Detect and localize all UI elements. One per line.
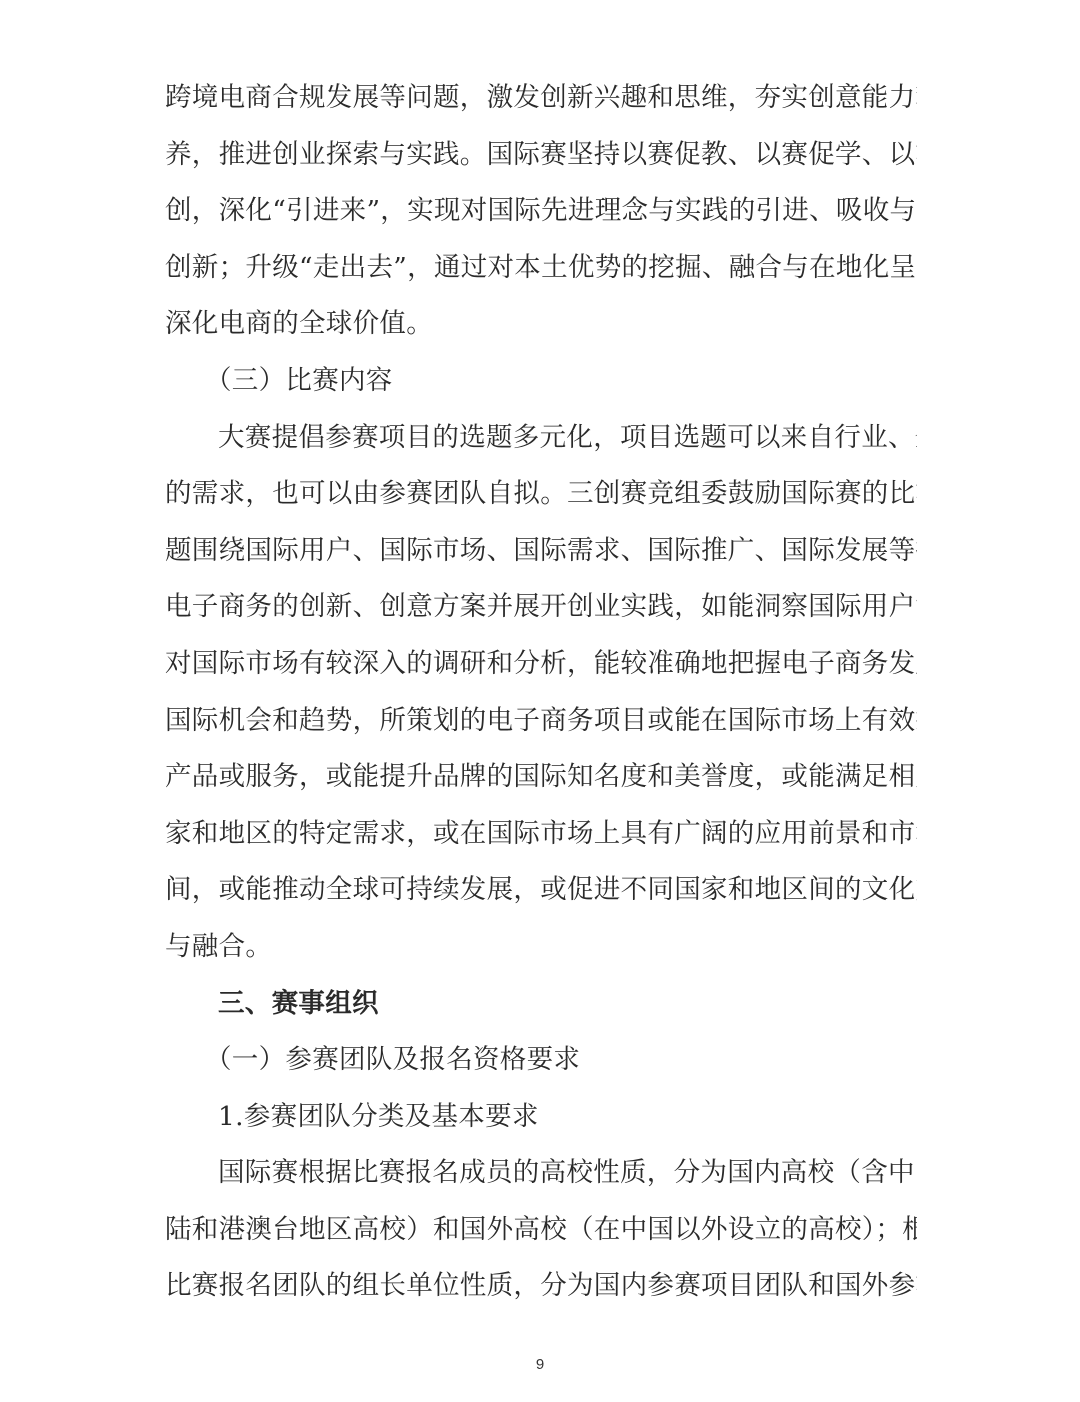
paragraph-line: 深化电商的全球价值。 bbox=[165, 296, 917, 353]
paragraph-line: 间，或能推动全球可持续发展，或促进不同国家和地区间的文化交流 bbox=[165, 862, 917, 919]
paragraph-line: 陆和港澳台地区高校）和国外高校（在中国以外设立的高校）；根据 bbox=[165, 1202, 917, 1259]
page-number: 9 bbox=[0, 1356, 1080, 1373]
document-page: 跨境电商合规发展等问题，激发创新兴趣和思维，夯实创意能力和素 养，推进创业探索与… bbox=[165, 70, 917, 1315]
paragraph-line: 跨境电商合规发展等问题，激发创新兴趣和思维，夯实创意能力和素 bbox=[165, 70, 917, 127]
paragraph-line: 大赛提倡参赛项目的选题多元化，项目选题可以来自行业、企业 bbox=[165, 410, 917, 467]
paragraph-line: 电子商务的创新、创意方案并展开创业实践，如能洞察国际用户需求， bbox=[165, 579, 917, 636]
paragraph-line: 比赛报名团队的组长单位性质，分为国内参赛项目团队和国外参赛项 bbox=[165, 1258, 917, 1315]
paragraph-line: 国际机会和趋势，所策划的电子商务项目或能在国际市场上有效推广 bbox=[165, 693, 917, 750]
paragraph-line: 创新；升级“走出去”，通过对本土优势的挖掘、融合与在地化呈现， bbox=[165, 240, 917, 297]
paragraph-line: 家和地区的特定需求，或在国际市场上具有广阔的应用前景和市场空 bbox=[165, 806, 917, 863]
subheading-competition-content: （三）比赛内容 bbox=[165, 353, 917, 410]
section-heading-event-organization: 三、赛事组织 bbox=[165, 976, 917, 1033]
paragraph-line: 与融合。 bbox=[165, 919, 917, 976]
paragraph-line: 产品或服务，或能提升品牌的国际知名度和美誉度，或能满足相应国 bbox=[165, 749, 917, 806]
paragraph-line: 养，推进创业探索与实践。国际赛坚持以赛促教、以赛促学、以赛促 bbox=[165, 127, 917, 184]
paragraph-line: 题围绕国际用户、国际市场、国际需求、国际推广、国际发展等提出 bbox=[165, 523, 917, 580]
paragraph-line: 创，深化“引进来”，实现对国际先进理念与实践的引进、吸收与再 bbox=[165, 183, 917, 240]
subheading-team-requirements: （一）参赛团队及报名资格要求 bbox=[165, 1032, 917, 1089]
paragraph-line: 对国际市场有较深入的调研和分析，能较准确地把握电子商务发展的 bbox=[165, 636, 917, 693]
paragraph-line: 的需求，也可以由参赛团队自拟。三创赛竞组委鼓励国际赛的比赛主 bbox=[165, 466, 917, 523]
item-heading-team-classification: 1.参赛团队分类及基本要求 bbox=[165, 1089, 917, 1146]
paragraph-line: 国际赛根据比赛报名成员的高校性质，分为国内高校（含中国大 bbox=[165, 1145, 917, 1202]
